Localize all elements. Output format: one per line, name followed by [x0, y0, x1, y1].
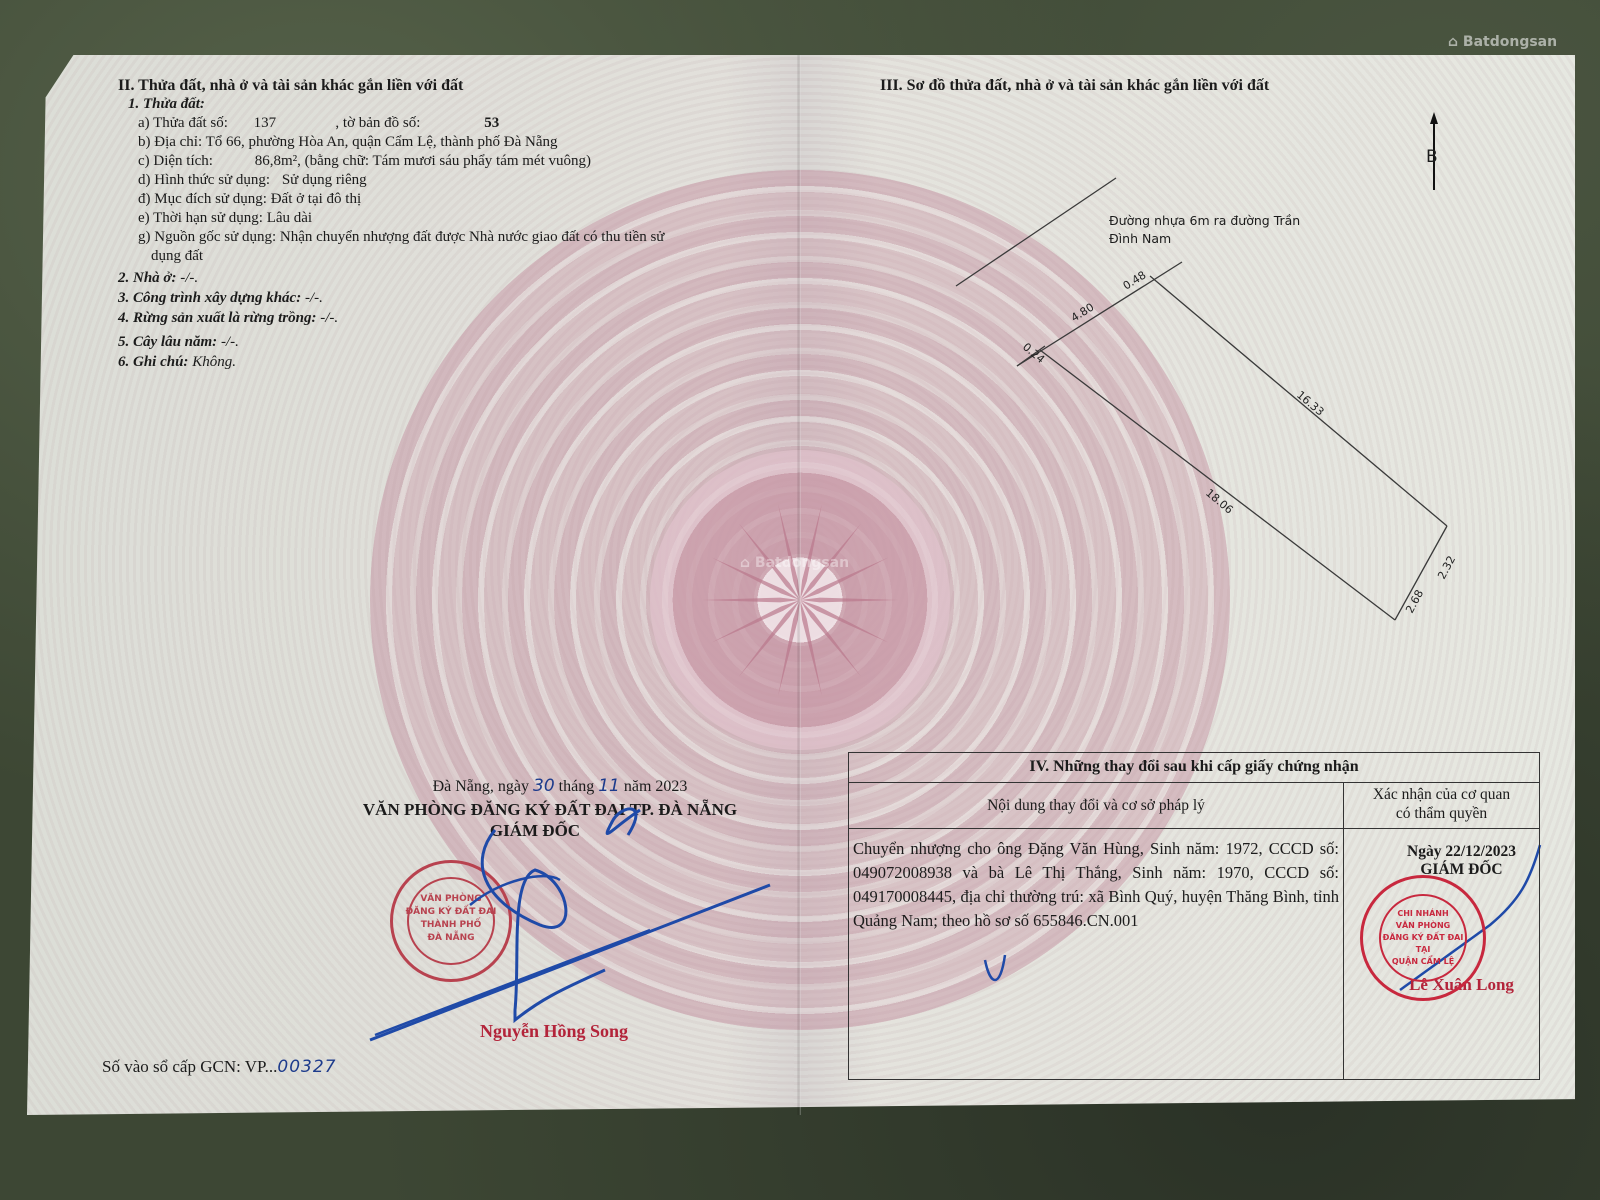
change-entry: Chuyển nhượng cho ông Đặng Văn Hùng, Sin… — [849, 829, 1344, 1080]
stamp-text: ĐĂNG KÝ ĐẤT ĐAI — [1363, 932, 1483, 944]
branch-stamp-right: CHI NHÁNHVĂN PHÒNGĐĂNG KÝ ĐẤT ĐAITẠIQUẬN… — [1360, 875, 1486, 1001]
changes-title: IV. Những thay đổi sau khi cấp giấy chứn… — [849, 753, 1540, 783]
stamp-text: CHI NHÁNH — [1363, 908, 1483, 920]
change-entry-text: Chuyển nhượng cho ông Đặng Văn Hùng, Sin… — [853, 839, 1339, 930]
svg-text:4.80: 4.80 — [1069, 301, 1097, 325]
stamp-text: VĂN PHÒNG — [1363, 920, 1483, 932]
header-line: có thẩm quyền — [1348, 804, 1535, 823]
svg-text:2.32: 2.32 — [1435, 554, 1458, 582]
col-change-content: Nội dung thay đổi và cơ sở pháp lý — [849, 783, 1344, 829]
svg-text:18.06: 18.06 — [1203, 486, 1235, 516]
col-authority-confirmation: Xác nhận của cơ quan có thẩm quyền — [1344, 783, 1540, 829]
svg-text:16.33: 16.33 — [1294, 388, 1326, 418]
confirm-date: Ngày 22/12/2023 — [1388, 843, 1535, 861]
svg-text:0.48: 0.48 — [1121, 269, 1149, 293]
header-line: Xác nhận của cơ quan — [1348, 785, 1535, 804]
stamp-text: TẠI — [1363, 944, 1483, 956]
stamp-text: QUẬN CẨM LỆ — [1363, 956, 1483, 968]
svg-text:2.68: 2.68 — [1403, 588, 1426, 616]
